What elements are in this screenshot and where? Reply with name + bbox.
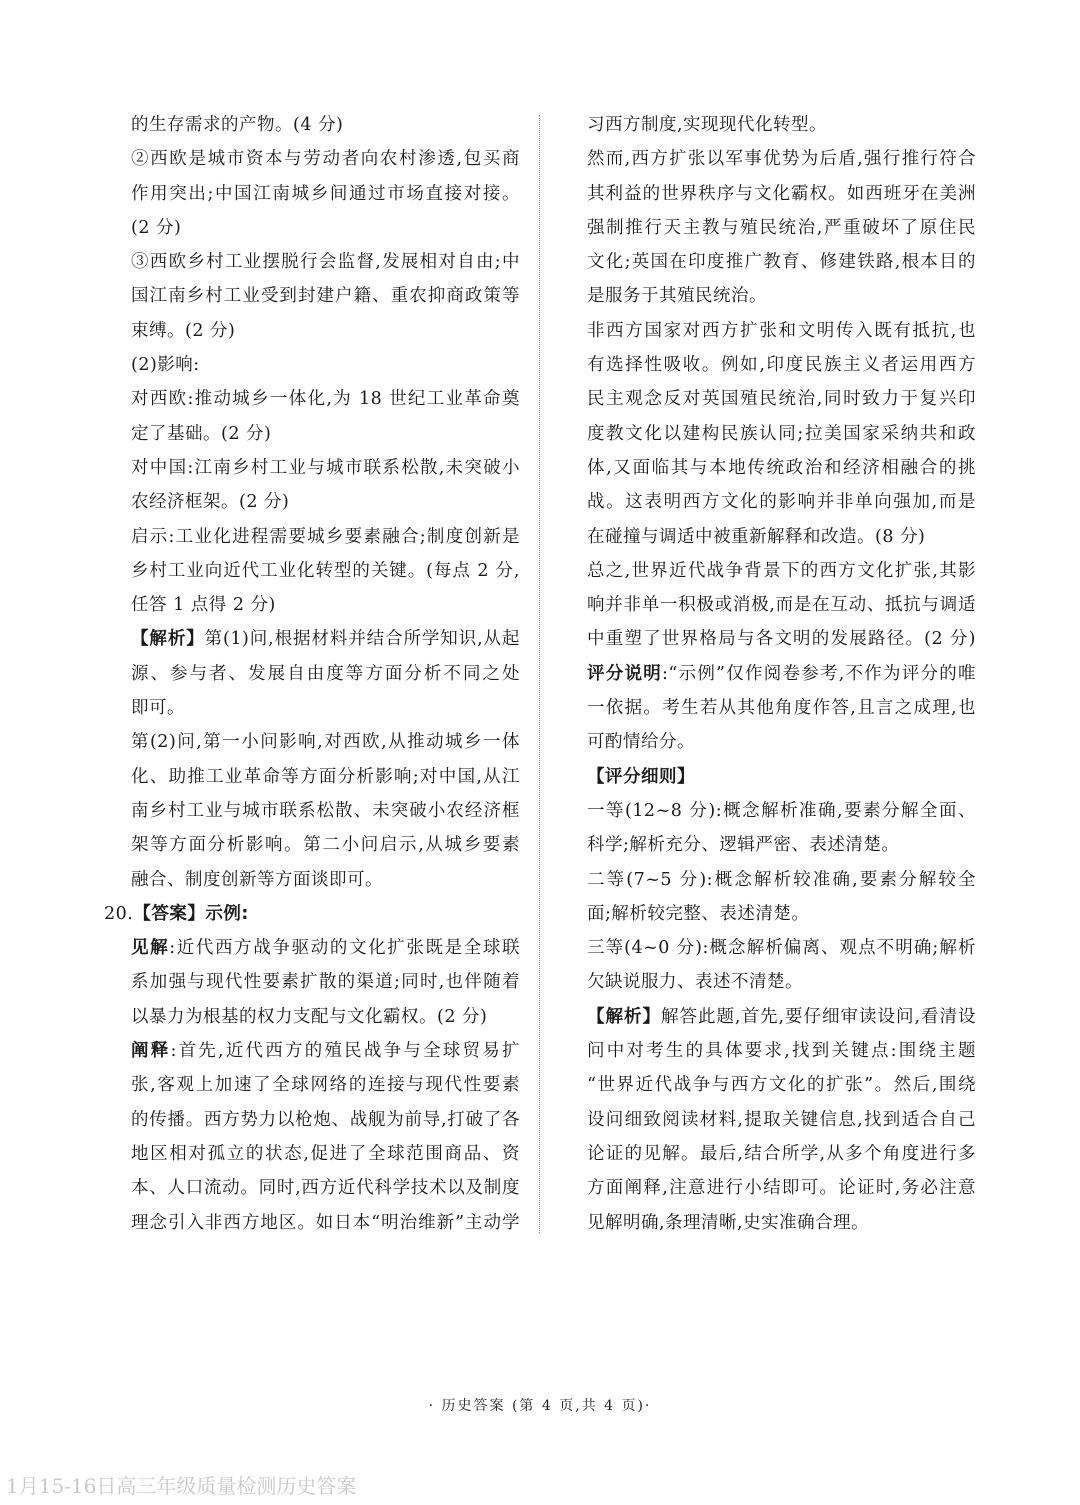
line-text: 架等方面分析影响。第二小问启示,从城乡要素 <box>131 835 520 855</box>
text-line: 一等(12~8 分):概念解析准确,要素分解全面、 <box>587 794 976 828</box>
line-text: 即可。 <box>131 698 185 718</box>
line-text: 中重塑了世界格局与各文明的发展路径。(2 分) <box>587 629 976 649</box>
line-text: 以暴力为根基的权力支配与文化霸权。(2 分) <box>131 1007 487 1027</box>
text-line: 体,又面临其与本地传统政治和经济相融合的挑 <box>587 451 976 485</box>
text-line: 对西欧:推动城乡一体化,为 18 世纪工业革命奠 <box>131 382 520 416</box>
bold-label: 【评分细则】 <box>587 767 695 787</box>
line-text: :首先,近代西方的殖民战争与全球贸易扩 <box>170 1041 520 1061</box>
line-text: 二等(7~5 分):概念解析较准确,要素分解较全 <box>587 870 976 890</box>
line-text: 定了基础。(2 分) <box>131 424 271 444</box>
text-line: 欠缺说服力、表述不清楚。 <box>587 965 976 999</box>
line-text: 解答此题,首先,要仔细审读设问,看清设 <box>661 1007 976 1027</box>
text-line: 任答 1 点得 2 分) <box>131 588 520 622</box>
text-line: 战。这表明西方文化的影响并非单向强加,而是 <box>587 485 976 519</box>
text-line: 然而,西方扩张以军事优势为后盾,强行推行符合 <box>587 142 976 176</box>
line-text: “世界近代战争与西方文化的扩张”。然后,围绕 <box>587 1075 976 1095</box>
line-text: 方面阐释,注意进行小结即可。论证时,务必注意 <box>587 1178 976 1198</box>
text-line: 响并非单一积极或消极,而是在互动、抵抗与调适 <box>587 588 976 622</box>
line-text: 农经济框架。(2 分) <box>131 492 289 512</box>
text-line: 作用突出;中国江南城乡间通过市场直接对接。 <box>131 177 520 211</box>
text-line: 强制推行天主教与殖民统治,严重破坏了原住民 <box>587 211 976 245</box>
text-line: 可酌情给分。 <box>587 725 976 759</box>
line-text: 非西方国家对西方扩张和文明传入既有抵抗,也 <box>587 321 976 341</box>
question-number: 20. <box>104 904 133 924</box>
line-text: 面;解析较完整、表述清楚。 <box>587 904 809 924</box>
line-text: 文化;英国在印度推广教育、修建铁路,根本目的 <box>587 252 976 272</box>
line-text: (2 分) <box>131 218 181 238</box>
line-text: 总之,世界近代战争背景下的西方文化扩张,其影 <box>587 561 976 581</box>
text-line: 评分说明:“示例”仅作阅卷参考,不作为评分的唯 <box>587 657 976 691</box>
text-line: 【解析】解答此题,首先,要仔细审读设问,看清设 <box>587 1000 976 1034</box>
text-line: 非西方国家对西方扩张和文明传入既有抵抗,也 <box>587 314 976 348</box>
text-line: 在碰撞与调适中被重新解释和改造。(8 分) <box>587 520 976 554</box>
text-line: 是服务于其殖民统治。 <box>587 279 976 313</box>
text-line: 【评分细则】 <box>587 760 976 794</box>
text-line: 见解明确,条理清晰,史实准确合理。 <box>587 1206 976 1240</box>
text-line: 化、助推工业革命等方面分析影响;对中国,从江 <box>131 760 520 794</box>
line-text: 南乡村工业与城市联系松散、未突破小农经济框 <box>131 801 520 821</box>
line-text: 的传播。西方势力以枪炮、战舰为前导,打破了各 <box>131 1110 520 1130</box>
line-text: 设问细致阅读材料,提取关键信息,找到适合自己 <box>587 1110 976 1130</box>
line-text: 论证的见解。最后,结合所学,从多个角度进行多 <box>587 1144 976 1164</box>
bold-label: 阐释 <box>131 1041 170 1061</box>
line-text: 对中国:江南乡村工业与城市联系松散,未突破小 <box>131 458 520 478</box>
text-line: 国江南乡村工业受到封建户籍、重农抑商政策等 <box>131 279 520 313</box>
text-line: 南乡村工业与城市联系松散、未突破小农经济框 <box>131 794 520 828</box>
text-line: 阐释:首先,近代西方的殖民战争与全球贸易扩 <box>131 1034 520 1068</box>
line-text: 一等(12~8 分):概念解析准确,要素分解全面、 <box>587 801 976 821</box>
text-line: 对中国:江南乡村工业与城市联系松散,未突破小 <box>131 451 520 485</box>
text-line: 习西方制度,实现现代化转型。 <box>587 108 976 142</box>
line-text: 在碰撞与调适中被重新解释和改造。(8 分) <box>587 527 925 547</box>
text-line: 农经济框架。(2 分) <box>131 485 520 519</box>
text-line: 以暴力为根基的权力支配与文化霸权。(2 分) <box>131 1000 520 1034</box>
text-line: 本、人口流动。同时,西方近代科学技术以及制度 <box>131 1171 520 1205</box>
text-line: 架等方面分析影响。第二小问启示,从城乡要素 <box>131 828 520 862</box>
line-text: 束缚。(2 分) <box>131 321 235 341</box>
line-text: ②西欧是城市资本与劳动者向农村渗透,包买商 <box>131 149 520 169</box>
text-line: 其利益的世界秩序与文化霸权。如西班牙在美洲 <box>587 177 976 211</box>
bold-label: 【答案】示例: <box>133 904 249 924</box>
text-line: 文化;英国在印度推广教育、修建铁路,根本目的 <box>587 245 976 279</box>
line-text: 张,客观上加速了全球网络的连接与现代性要素 <box>131 1075 520 1095</box>
line-text: :“示例”仅作阅卷参考,不作为评分的唯 <box>662 664 976 684</box>
text-line: 定了基础。(2 分) <box>131 417 520 451</box>
text-line: 理念引入非西方地区。如日本“明治维新”主动学 <box>131 1206 520 1240</box>
line-text: 第(1)问,根据材料并结合所学知识,从起 <box>205 629 520 649</box>
line-text: 其利益的世界秩序与文化霸权。如西班牙在美洲 <box>587 184 976 204</box>
line-text: 可酌情给分。 <box>587 732 695 752</box>
text-line: 即可。 <box>131 691 520 725</box>
line-text: 然而,西方扩张以军事优势为后盾,强行推行符合 <box>587 149 976 169</box>
text-line: 一依据。考生若从其他角度作答,且言之成理,也 <box>587 691 976 725</box>
line-text: 科学;解析充分、逻辑严密、表述清楚。 <box>587 835 899 855</box>
bold-label: 评分说明 <box>587 664 662 684</box>
text-line: 启示:工业化进程需要城乡要素融合;制度创新是 <box>131 520 520 554</box>
bold-label: 见解 <box>131 938 169 958</box>
text-line: 民主观念反对英国殖民统治,同时致力于复兴印 <box>587 382 976 416</box>
text-line: (2 分) <box>131 211 520 245</box>
line-text: 本、人口流动。同时,西方近代科学技术以及制度 <box>131 1178 520 1198</box>
text-line: 乡村工业向近代工业化转型的关键。(每点 2 分, <box>131 554 520 588</box>
text-line: 系加强与现代性要素扩散的渠道;同时,也伴随着 <box>131 965 520 999</box>
column-divider <box>539 115 540 1233</box>
page-footer: · 历史答案 (第 4 页,共 4 页)· <box>0 1395 1080 1415</box>
text-line: 20.【答案】示例: <box>104 897 520 931</box>
line-text: 一依据。考生若从其他角度作答,且言之成理,也 <box>587 698 976 718</box>
line-text: 国江南乡村工业受到封建户籍、重农抑商政策等 <box>131 286 520 306</box>
line-text: 第(2)问,第一小问影响,对西欧,从推动城乡一体 <box>131 732 520 752</box>
line-text: 启示:工业化进程需要城乡要素融合;制度创新是 <box>131 527 520 547</box>
line-text: 响并非单一积极或消极,而是在互动、抵抗与调适 <box>587 595 976 615</box>
left-column: 的生存需求的产物。(4 分)②西欧是城市资本与劳动者向农村渗透,包买商作用突出;… <box>131 108 520 1240</box>
text-line: 源、参与者、发展自由度等方面分析不同之处 <box>131 657 520 691</box>
text-line: 见解:近代西方战争驱动的文化扩张既是全球联 <box>131 931 520 965</box>
line-text: 度教文化以建构民族认同;拉美国家采纳共和政 <box>587 424 976 444</box>
line-text: 理念引入非西方地区。如日本“明治维新”主动学 <box>131 1213 520 1233</box>
text-line: 【解析】第(1)问,根据材料并结合所学知识,从起 <box>131 622 520 656</box>
line-text: 任答 1 点得 2 分) <box>131 595 276 615</box>
line-text: 问中对考生的具体要求,找到关键点:围绕主题 <box>587 1041 976 1061</box>
line-text: 对西欧:推动城乡一体化,为 18 世纪工业革命奠 <box>131 389 520 409</box>
line-text: 作用突出;中国江南城乡间通过市场直接对接。 <box>131 184 520 204</box>
text-line: 二等(7~5 分):概念解析较准确,要素分解较全 <box>587 863 976 897</box>
text-line: 地区相对孤立的状态,促进了全球范围商品、资 <box>131 1137 520 1171</box>
line-text: 有选择性吸收。例如,印度民族主义者运用西方 <box>587 355 976 375</box>
line-text: 欠缺说服力、表述不清楚。 <box>587 972 803 992</box>
line-text: 是服务于其殖民统治。 <box>587 286 767 306</box>
line-text: (2)影响: <box>131 355 200 375</box>
right-column: 习西方制度,实现现代化转型。然而,西方扩张以军事优势为后盾,强行推行符合其利益的… <box>587 108 976 1240</box>
text-line: 张,客观上加速了全球网络的连接与现代性要素 <box>131 1068 520 1102</box>
text-line: 三等(4~0 分):概念解析偏离、观点不明确;解析 <box>587 931 976 965</box>
text-line: ②西欧是城市资本与劳动者向农村渗透,包买商 <box>131 142 520 176</box>
text-line: 方面阐释,注意进行小结即可。论证时,务必注意 <box>587 1171 976 1205</box>
line-text: 习西方制度,实现现代化转型。 <box>587 115 827 135</box>
text-line: 设问细致阅读材料,提取关键信息,找到适合自己 <box>587 1103 976 1137</box>
line-text: 融合、制度创新等方面谈即可。 <box>131 870 383 890</box>
text-line: 总之,世界近代战争背景下的西方文化扩张,其影 <box>587 554 976 588</box>
line-text: 化、助推工业革命等方面分析影响;对中国,从江 <box>131 767 520 787</box>
text-line: 第(2)问,第一小问影响,对西欧,从推动城乡一体 <box>131 725 520 759</box>
text-line: 中重塑了世界格局与各文明的发展路径。(2 分) <box>587 622 976 656</box>
text-line: 科学;解析充分、逻辑严密、表述清楚。 <box>587 828 976 862</box>
text-line: 问中对考生的具体要求,找到关键点:围绕主题 <box>587 1034 976 1068</box>
line-text: 乡村工业向近代工业化转型的关键。(每点 2 分, <box>131 561 520 581</box>
line-text: 源、参与者、发展自由度等方面分析不同之处 <box>131 664 520 684</box>
line-text: 系加强与现代性要素扩散的渠道;同时,也伴随着 <box>131 972 520 992</box>
line-text: 地区相对孤立的状态,促进了全球范围商品、资 <box>131 1144 520 1164</box>
text-line: 束缚。(2 分) <box>131 314 520 348</box>
line-text: 的生存需求的产物。(4 分) <box>131 115 343 135</box>
line-text: 强制推行天主教与殖民统治,严重破坏了原住民 <box>587 218 976 238</box>
line-text: :近代西方战争驱动的文化扩张既是全球联 <box>169 938 520 958</box>
text-line: ③西欧乡村工业摆脱行会监督,发展相对自由;中 <box>131 245 520 279</box>
text-line: 论证的见解。最后,结合所学,从多个角度进行多 <box>587 1137 976 1171</box>
text-line: 的传播。西方势力以枪炮、战舰为前导,打破了各 <box>131 1103 520 1137</box>
text-line: 有选择性吸收。例如,印度民族主义者运用西方 <box>587 348 976 382</box>
text-line: (2)影响: <box>131 348 520 382</box>
line-text: 体,又面临其与本地传统政治和经济相融合的挑 <box>587 458 976 478</box>
text-line: “世界近代战争与西方文化的扩张”。然后,围绕 <box>587 1068 976 1102</box>
text-line: 融合、制度创新等方面谈即可。 <box>131 863 520 897</box>
line-text: 战。这表明西方文化的影响并非单向强加,而是 <box>587 492 976 512</box>
text-line: 的生存需求的产物。(4 分) <box>131 108 520 142</box>
text-line: 面;解析较完整、表述清楚。 <box>587 897 976 931</box>
line-text: 见解明确,条理清晰,史实准确合理。 <box>587 1213 869 1233</box>
text-line: 度教文化以建构民族认同;拉美国家采纳共和政 <box>587 417 976 451</box>
watermark-caption: 1月15-16日高三年级质量检测历史答案 <box>6 1470 356 1499</box>
bold-label: 【解析】 <box>587 1007 661 1027</box>
line-text: 民主观念反对英国殖民统治,同时致力于复兴印 <box>587 389 976 409</box>
bold-label: 【解析】 <box>131 629 205 649</box>
line-text: ③西欧乡村工业摆脱行会监督,发展相对自由;中 <box>131 252 520 272</box>
line-text: 三等(4~0 分):概念解析偏离、观点不明确;解析 <box>587 938 976 958</box>
